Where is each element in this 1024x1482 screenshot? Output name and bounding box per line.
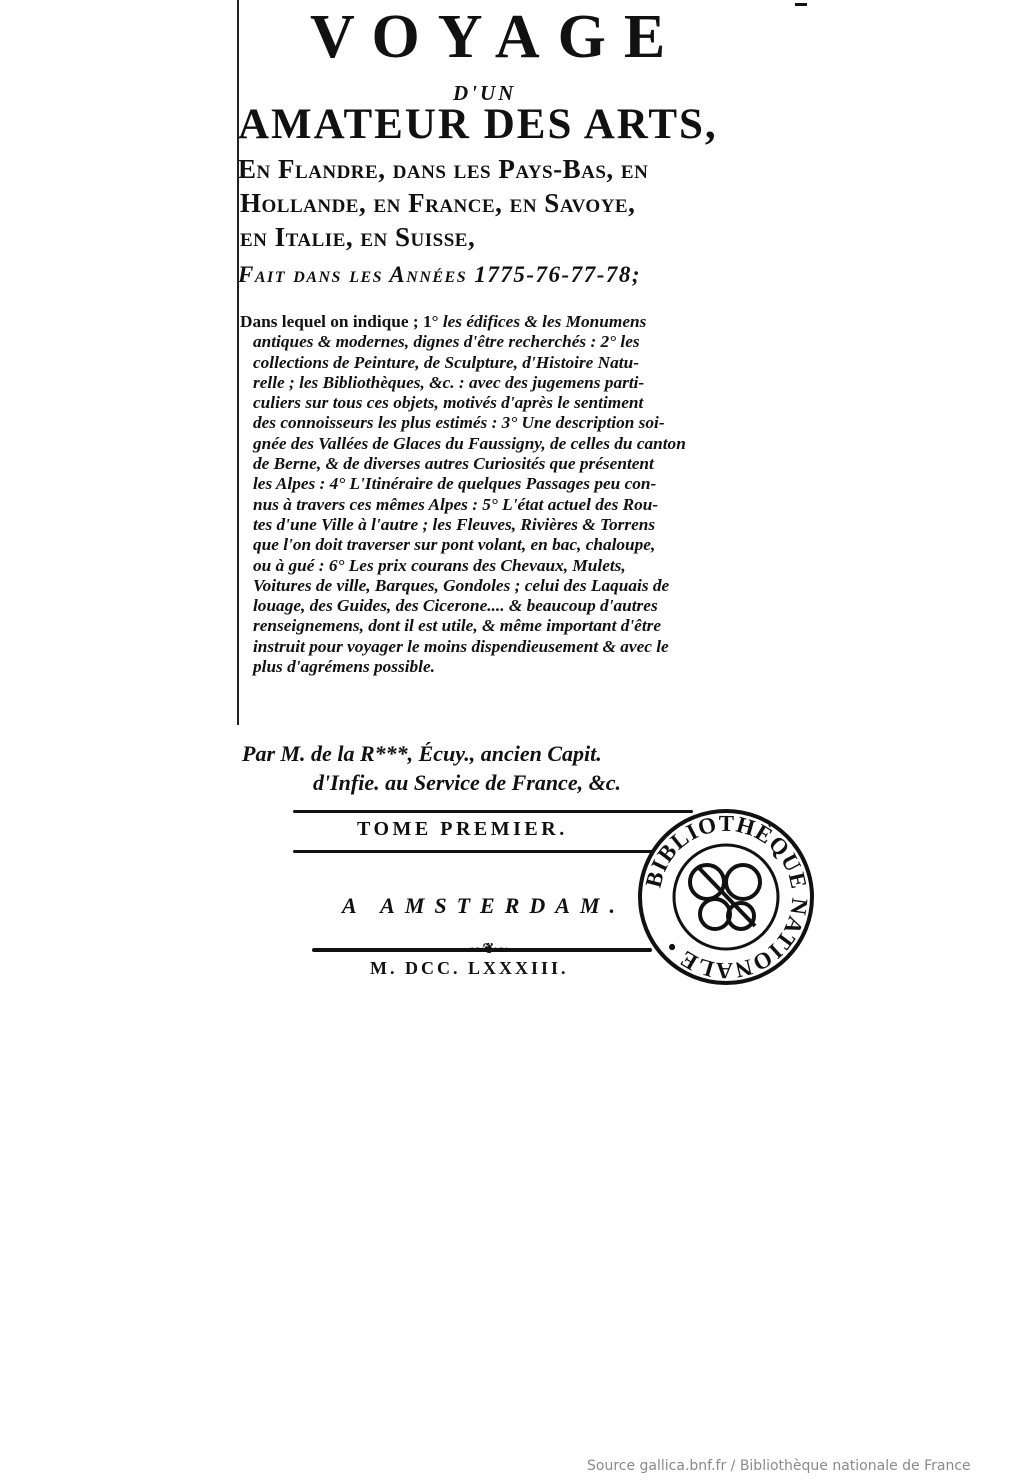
description-line: ou à gué : 6° Les prix courans des Cheva… <box>240 556 760 576</box>
title-main: AMATEUR DES ARTS, <box>238 100 718 149</box>
description-line: instruit pour voyager le moins dispendie… <box>240 637 760 657</box>
subtitle-line-1: En Flandre, dans les Pays-Bas, en <box>238 154 648 185</box>
volume-label: TOME PREMIER. <box>357 818 568 841</box>
description-line: renseignemens, dont il est utile, & même… <box>240 616 760 636</box>
description-line: collections de Peinture, de Sculpture, d… <box>240 353 760 373</box>
scanned-title-page: VOYAGE D'UN AMATEUR DES ARTS, En Flandre… <box>0 0 1024 1482</box>
description-intro: Dans lequel on indique ; 1° <box>240 312 439 331</box>
author-line-2: d'Infie. au Service de France, &c. <box>313 770 621 796</box>
description-line: culiers sur tous ces objets, motivés d'a… <box>240 393 760 413</box>
subtitle-line-3: en Italie, en Suisse, <box>240 222 475 253</box>
description-line: tes d'une Ville à l'autre ; les Fleuves,… <box>240 515 760 535</box>
description-line: louage, des Guides, des Cicerone.... & b… <box>240 596 760 616</box>
scan-mark <box>795 3 807 6</box>
description-line: relle ; les Bibliothèques, &c. : avec de… <box>240 373 760 393</box>
description-line: les Alpes : 4° L'Itinéraire de quelques … <box>240 474 760 494</box>
description-block: Dans lequel on indique ; 1° les édifices… <box>240 312 760 677</box>
library-stamp-icon: BIBLIOTHÈQUE NATIONALE • <box>637 808 815 986</box>
description-line: que l'on doit traverser sur pont volant,… <box>240 535 760 555</box>
ornament-icon: ~~❦~~ <box>470 941 506 958</box>
description-line: plus d'agrémens possible. <box>240 657 760 677</box>
description-line: nus à travers ces mêmes Alpes : 5° L'éta… <box>240 495 760 515</box>
description-line: gnée des Vallées de Glaces du Faussigny,… <box>240 434 760 454</box>
author-line-1: Par M. de la R***, Écuy., ancien Capit. <box>242 741 602 767</box>
title-voyage: VOYAGE <box>310 2 683 73</box>
source-attribution: Source gallica.bnf.fr / Bibliothèque nat… <box>587 1458 971 1474</box>
description-line: antiques & modernes, dignes d'être reche… <box>240 332 760 352</box>
years-line: Fait dans les Années 1775-76-77-78; <box>238 262 641 288</box>
subtitle-line-2: Hollande, en France, en Savoye, <box>240 188 635 219</box>
description-line: Dans lequel on indique ; 1° les édifices… <box>240 312 760 332</box>
imprint-date: M. DCC. LXXXIII. <box>370 958 569 979</box>
imprint-place: A AMSTERDAM. <box>342 893 625 919</box>
description-line: Voitures de ville, Barques, Gondoles ; c… <box>240 576 760 596</box>
rule-below-volume <box>293 850 673 853</box>
description-line: des connoisseurs les plus estimés : 3° U… <box>240 413 760 433</box>
description-line: de Berne, & de diverses autres Curiosité… <box>240 454 760 474</box>
rule-above-volume <box>293 810 693 813</box>
